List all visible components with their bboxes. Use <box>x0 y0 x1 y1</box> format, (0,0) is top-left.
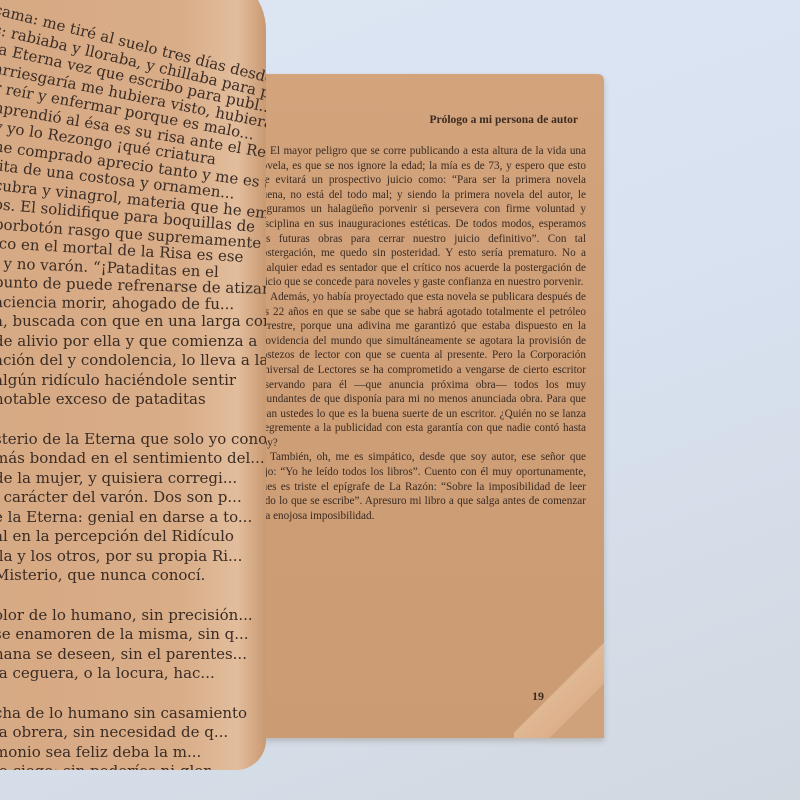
left-page-line: notable exceso de pataditas <box>0 390 266 410</box>
left-page-line: algún ridículo haciéndole sentir <box>0 371 266 391</box>
left-page-line <box>0 684 266 704</box>
left-page-line: olor de lo humano, sin precisión... <box>0 606 266 626</box>
left-page-line: de alivio por ella y que comienza a <box>0 332 266 352</box>
left-page-line: la ceguera, o la locura, hac... <box>0 664 266 684</box>
photo-scene: Prólogo a mi persona de autor El mayor p… <box>0 0 800 800</box>
left-page-line: nana se deseen, sin el parentes... <box>0 645 266 665</box>
left-page-line: más bondad en el sentimiento del... <box>0 449 266 469</box>
left-page-line: monio sea feliz deba la m... <box>0 743 266 763</box>
left-page-line: Misterio, que nunca conocí. <box>0 566 266 586</box>
paragraph: También, oh, me es simpático, desde que … <box>256 450 586 523</box>
left-page-line: cha de lo humano sin casamiento <box>0 704 266 724</box>
page-number: 19 <box>532 689 544 704</box>
left-page-line: e la Eterna: genial en darse a to... <box>0 508 266 528</box>
left-page-line: ación del y condolencia, lo lleva a la <box>0 351 266 371</box>
left-page-line: a, buscada con que en una larga conv... <box>0 312 266 332</box>
left-page-line: la obrera, sin necesidad de q... <box>0 723 266 743</box>
left-page-line: l carácter del varón. Dos son p... <box>0 488 266 508</box>
page-body-text: El mayor peligro que se corre publicando… <box>256 144 586 523</box>
left-page-line: sterio de la Eterna que solo yo cono... <box>0 430 266 450</box>
left-page-line <box>0 410 266 430</box>
left-page-line <box>0 586 266 606</box>
left-page-line: de la mujer, y quisiera corregi... <box>0 469 266 489</box>
running-head: Prólogo a mi persona de autor <box>429 114 578 126</box>
left-page-line: lla y los otros, por su propia Ri... <box>0 547 266 567</box>
left-page-line: se enamoren de la misma, sin q... <box>0 625 266 645</box>
right-book-page: Prólogo a mi persona de autor El mayor p… <box>208 74 604 738</box>
left-page-line: al en la percepción del Ridículo <box>0 527 266 547</box>
left-book-page-curled: cama: me tiré al suelo tres días desde..… <box>0 0 266 770</box>
paragraph: El mayor peligro que se corre publicando… <box>256 144 586 290</box>
worn-page-corner <box>514 643 604 738</box>
left-page-text: cama: me tiré al suelo tres días desde..… <box>0 0 266 770</box>
left-page-line: lo ciego; sin poderíos ni glor... <box>0 762 266 770</box>
paragraph: Además, yo había proyectado que esta nov… <box>256 290 586 451</box>
